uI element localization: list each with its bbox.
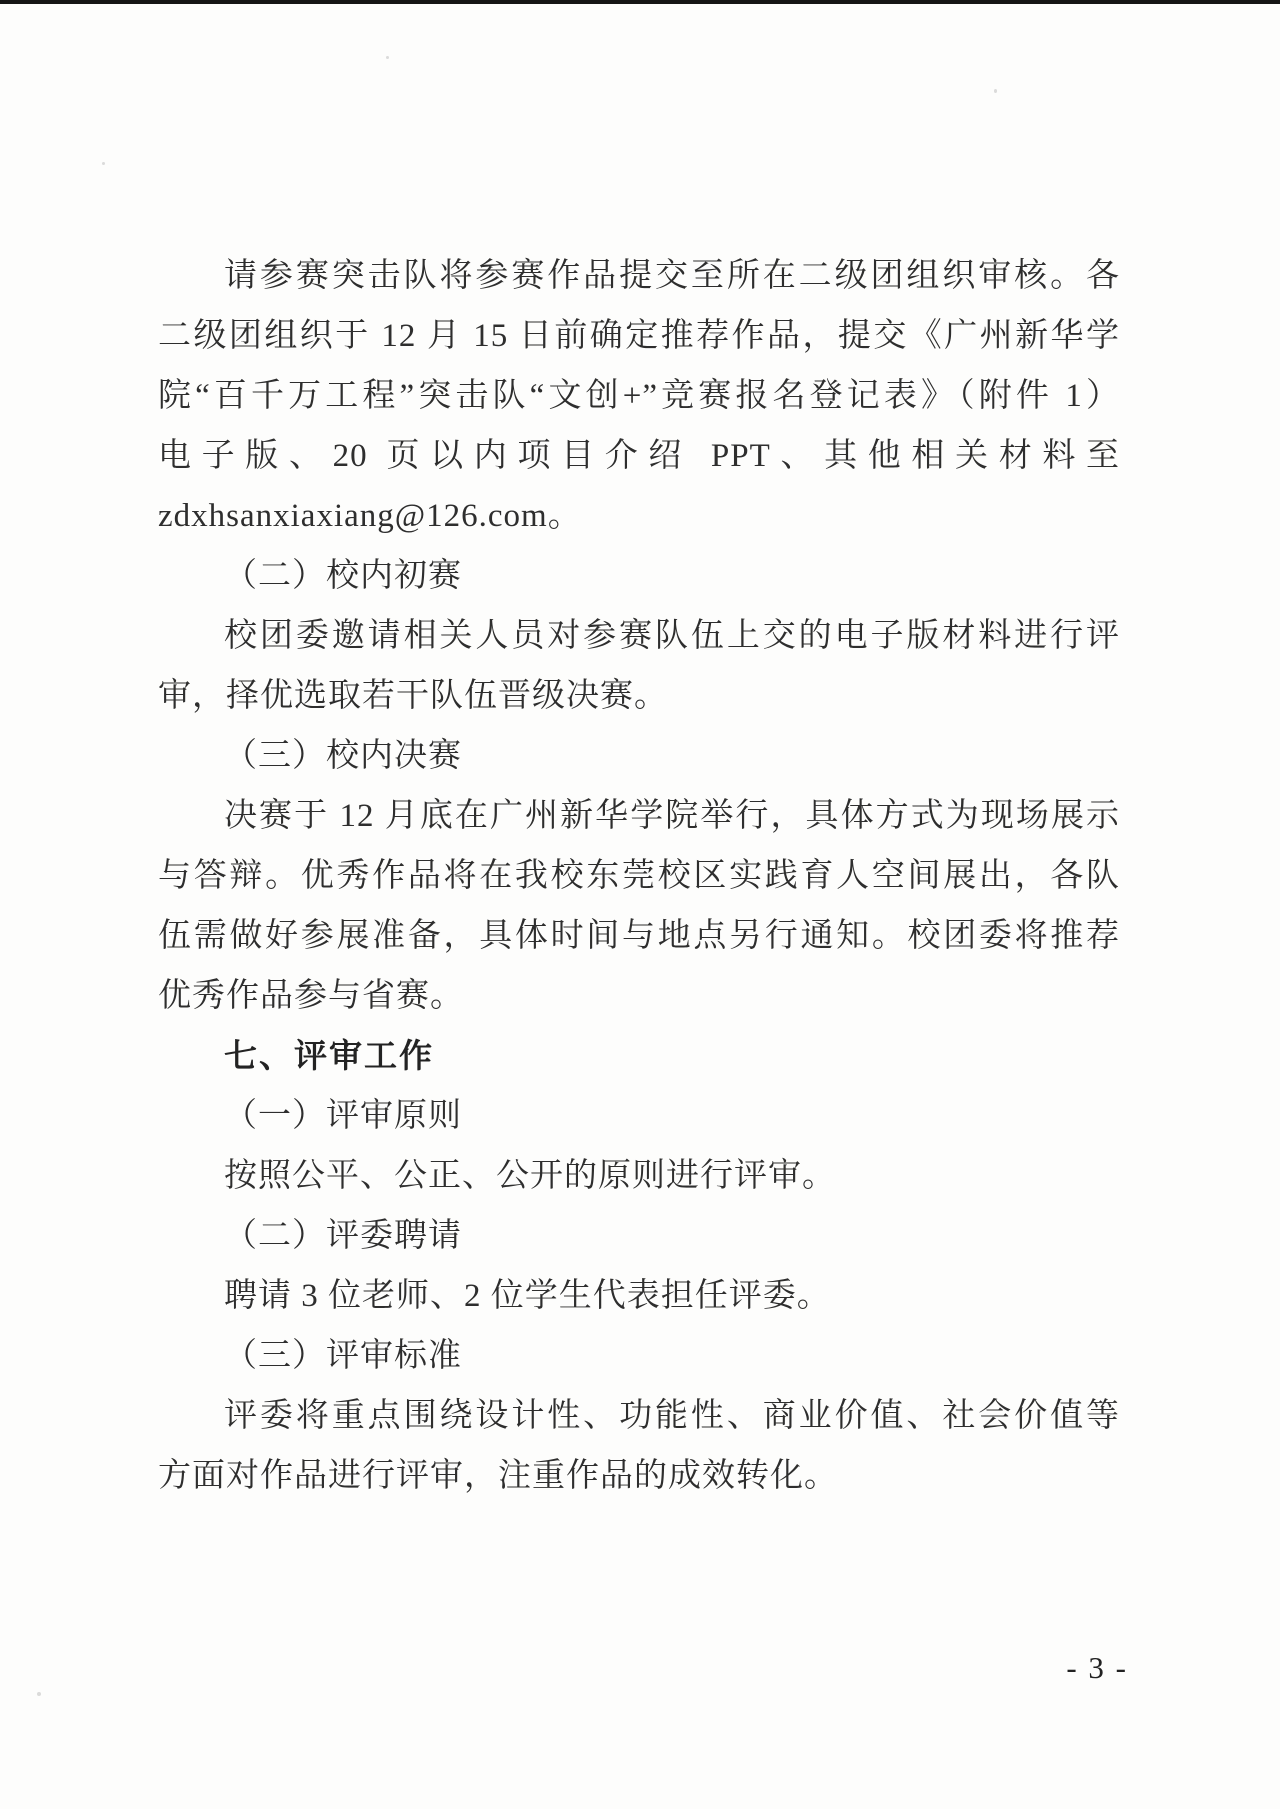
subsection-heading: （二）校内初赛 [158, 546, 1120, 606]
paragraph-line: 优秀作品参与省赛。 [158, 966, 1120, 1026]
subsection-heading: （三）校内决赛 [158, 726, 1120, 786]
subsection-heading: （一）评审原则 [158, 1086, 1120, 1146]
paragraph-line: 院“百千万工程”突击队“文创+”竞赛报名登记表》（附件 1） [158, 366, 1120, 426]
subsection-heading: （三）评审标准 [158, 1326, 1120, 1386]
page-number: - 3 - [1066, 1646, 1128, 1690]
document-page: 请参赛突击队将参赛作品提交至所在二级团组织审核。各 二级团组织于 12 月 15… [0, 0, 1280, 1809]
subsection-heading: （二）评委聘请 [158, 1206, 1120, 1266]
scan-speck [386, 56, 389, 59]
paragraph-line: 审，择优选取若干队伍晋级决赛。 [158, 666, 1120, 726]
scan-speck [102, 162, 105, 165]
email-text: zdxhsanxiaxiang@126.com。 [158, 486, 1120, 546]
body-text: 请参赛突击队将参赛作品提交至所在二级团组织审核。各 二级团组织于 12 月 15… [158, 246, 1120, 1506]
section-heading: 七、评审工作 [158, 1026, 1120, 1086]
paragraph-line: 方面对作品进行评审，注重作品的成效转化。 [158, 1446, 1120, 1506]
paragraph-line: 评委将重点围绕设计性、功能性、商业价值、社会价值等 [158, 1386, 1120, 1446]
scan-top-edge [0, 0, 1280, 4]
paragraph-line: 校团委邀请相关人员对参赛队伍上交的电子版材料进行评 [158, 606, 1120, 666]
paragraph-line: 聘请 3 位老师、2 位学生代表担任评委。 [158, 1266, 1120, 1326]
paragraph-line: 二级团组织于 12 月 15 日前确定推荐作品，提交《广州新华学 [158, 306, 1120, 366]
paragraph-line: 决赛于 12 月底在广州新华学院举行，具体方式为现场展示 [158, 786, 1120, 846]
scan-speck [994, 89, 997, 93]
paragraph-line: 请参赛突击队将参赛作品提交至所在二级团组织审核。各 [158, 246, 1120, 306]
paragraph-line: 与答辩。优秀作品将在我校东莞校区实践育人空间展出，各队 [158, 846, 1120, 906]
paragraph-line: 按照公平、公正、公开的原则进行评审。 [158, 1146, 1120, 1206]
paragraph-line: 电子版、20 页以内项目介绍 PPT、其他相关材料至 [158, 426, 1120, 486]
scan-speck [37, 1692, 41, 1696]
paragraph-line: 伍需做好参展准备，具体时间与地点另行通知。校团委将推荐 [158, 906, 1120, 966]
